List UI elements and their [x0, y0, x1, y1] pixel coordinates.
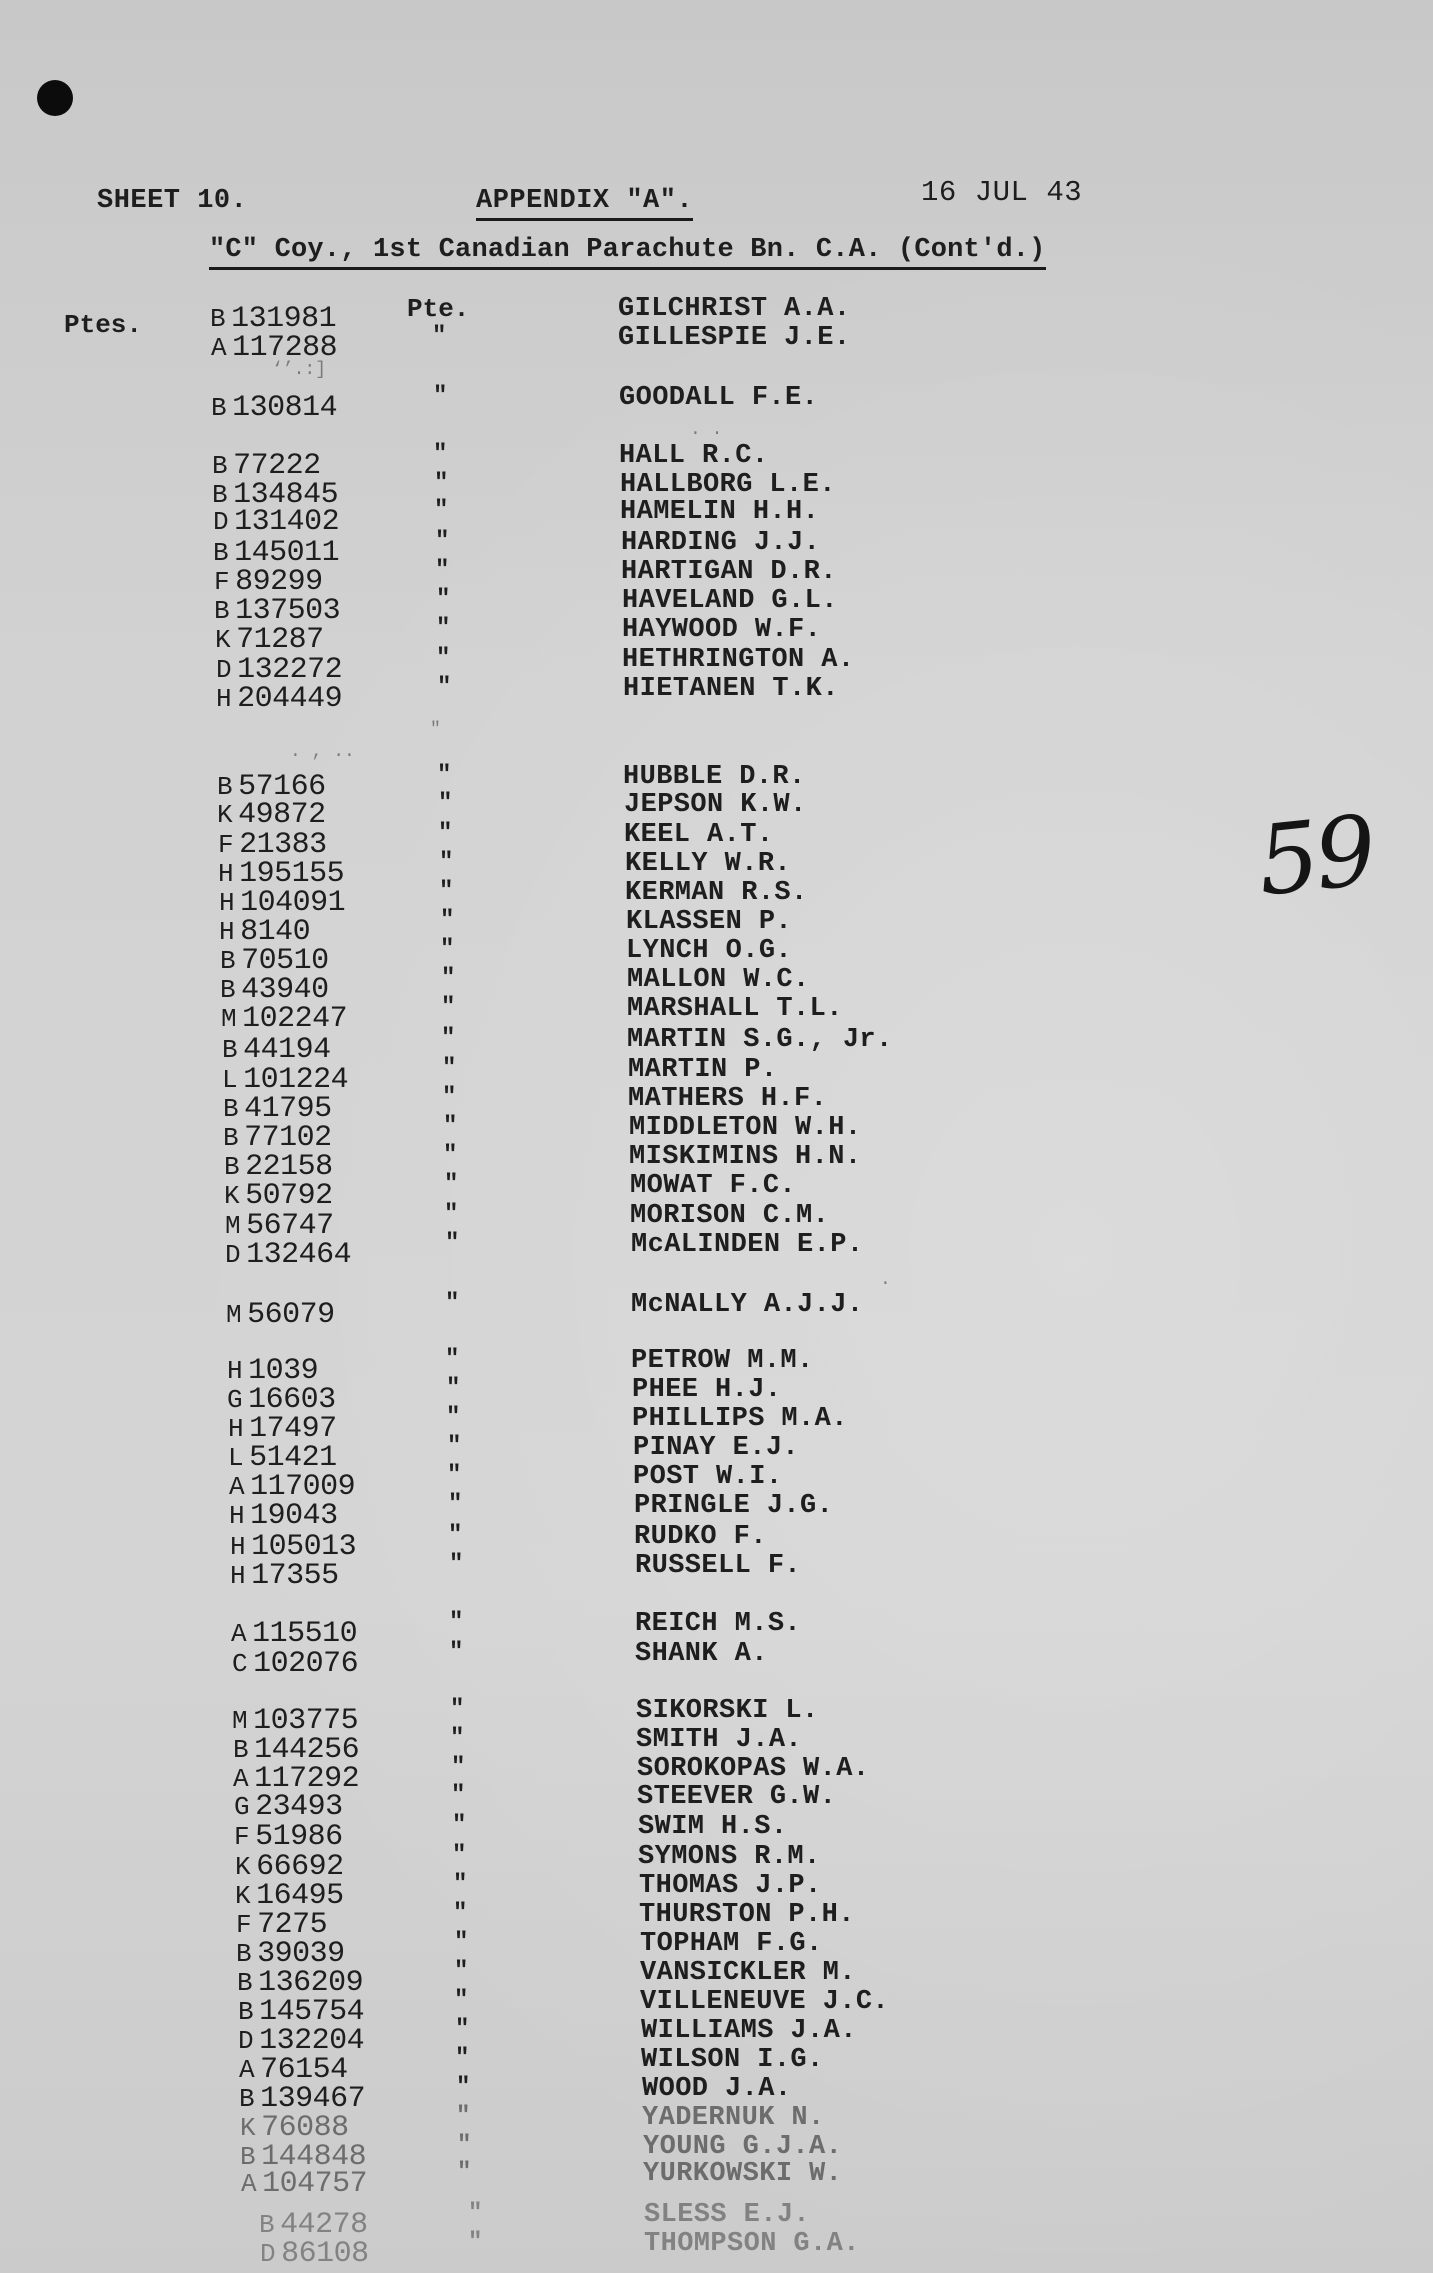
- personnel-name: VANSICKLER M.: [640, 1958, 856, 1988]
- service-number-prefix: H: [216, 684, 231, 714]
- ditto-mark: ": [456, 2074, 470, 2101]
- service-number: D86108: [260, 2237, 369, 2271]
- list-item: A104757"YURKOWSKI W.: [0, 2159, 1433, 2189]
- personnel-name: SLESS E.J.: [644, 2200, 810, 2230]
- personnel-name: MALLON W.C.: [627, 965, 810, 995]
- list-item: H195155"KELLY W.R.: [0, 849, 1433, 879]
- personnel-name: KLASSEN P.: [626, 907, 792, 937]
- service-number-prefix: A: [241, 2169, 256, 2199]
- personnel-name: McNALLY A.J.J.: [631, 1290, 863, 1320]
- personnel-name: HARTIGAN D.R.: [621, 557, 837, 587]
- ditto-mark: ": [457, 2159, 471, 2186]
- list-item: B44278"SLESS E.J.: [0, 2200, 1433, 2230]
- ditto-mark: ": [454, 1958, 468, 1985]
- list-item: B70510"LYNCH O.G.: [0, 936, 1433, 966]
- list-item: B144256"SMITH J.A.: [0, 1725, 1433, 1755]
- list-item: H1039"PETROW M.M.: [0, 1346, 1433, 1376]
- service-number-prefix: A: [211, 333, 226, 363]
- list-item: A76154"WILSON I.G.: [0, 2045, 1433, 2075]
- sheet-number: SHEET 10.: [97, 186, 247, 216]
- list-item: B130814"GOODALL F.E.: [0, 383, 1433, 413]
- list-item: M102247"MARSHALL T.L.: [0, 994, 1433, 1024]
- ditto-mark: ": [433, 441, 447, 468]
- personnel-name: SYMONS R.M.: [638, 1842, 821, 1872]
- list-item: M56079"McNALLY A.J.J.: [0, 1290, 1433, 1320]
- ditto-mark: ": [452, 1842, 466, 1869]
- ditto-mark: ": [435, 528, 449, 555]
- list-item: H17497"PHILLIPS M.A.: [0, 1404, 1433, 1434]
- list-item: K50792"MOWAT F.C.: [0, 1171, 1433, 1201]
- service-number-digits: 104757: [262, 2167, 367, 2201]
- list-item: B41795"MATHERS H.F.: [0, 1084, 1433, 1114]
- personnel-name: GILCHRIST A.A.: [618, 294, 850, 324]
- ditto-mark: ": [437, 674, 451, 701]
- personnel-name: THOMPSON G.A.: [644, 2229, 860, 2259]
- personnel-name: WOOD J.A.: [642, 2074, 791, 2104]
- personnel-name: WILSON I.G.: [641, 2045, 824, 2075]
- service-number: A117288: [211, 331, 337, 365]
- ditto-mark: ": [454, 1987, 468, 2014]
- service-number: C102076: [232, 1647, 358, 1681]
- personnel-name: YOUNG G.J.A.: [643, 2132, 842, 2162]
- personnel-name: STEEVER G.W.: [637, 1782, 836, 1812]
- ditto-mark: ": [450, 1696, 464, 1723]
- personnel-name: SHANK A.: [635, 1639, 768, 1669]
- personnel-name: LYNCH O.G.: [626, 936, 792, 966]
- ditto-mark: ": [445, 1230, 459, 1257]
- document-date: 16 JUL 43: [921, 176, 1082, 209]
- ditto-mark: ": [442, 1055, 456, 1082]
- unit-heading: "C" Coy., 1st Canadian Parachute Bn. C.A…: [209, 235, 1046, 270]
- punch-hole-mark: [37, 80, 73, 116]
- ditto-mark: ": [435, 557, 449, 584]
- list-item: B144848"YOUNG G.J.A.: [0, 2132, 1433, 2162]
- personnel-name: MORISON C.M.: [630, 1201, 829, 1231]
- ditto-mark: ": [448, 1522, 462, 1549]
- rank-label: Pte.: [407, 294, 469, 324]
- personnel-name: KELLY W.R.: [625, 849, 791, 879]
- personnel-name: PHEE H.J.: [632, 1375, 781, 1405]
- personnel-name: MARTIN S.G., Jr.: [627, 1025, 893, 1055]
- ditto-mark: ": [436, 615, 450, 642]
- personnel-name: MARSHALL T.L.: [627, 994, 843, 1024]
- personnel-name: MOWAT F.C.: [630, 1171, 796, 1201]
- list-item: K71287"HAYWOOD W.F.: [0, 615, 1433, 645]
- list-item: A115510"REICH M.S.: [0, 1609, 1433, 1639]
- ditto-mark: ": [449, 1551, 463, 1578]
- service-number-digits: 132464: [246, 1238, 351, 1272]
- personnel-name: THOMAS J.P.: [639, 1871, 822, 1901]
- ditto-mark: ": [449, 1639, 463, 1666]
- personnel-name: WILLIAMS J.A.: [641, 2016, 857, 2046]
- personnel-name: MIDDLETON W.H.: [629, 1113, 861, 1143]
- personnel-name: HAYWOOD W.F.: [622, 615, 821, 645]
- personnel-name: HAMELIN H.H.: [620, 497, 819, 527]
- personnel-name: TOPHAM F.G.: [640, 1929, 823, 1959]
- personnel-name: KEEL A.T.: [624, 820, 773, 850]
- list-item: K16495"THOMAS J.P.: [0, 1871, 1433, 1901]
- list-item: B134845"HALLBORG L.E.: [0, 470, 1433, 500]
- list-item: B145754"VILLENEUVE J.C.: [0, 1987, 1433, 2017]
- list-item: D131402"HAMELIN H.H.: [0, 497, 1433, 527]
- ditto-mark: ": [449, 1609, 463, 1636]
- list-item: H105013"RUDKO F.: [0, 1522, 1433, 1552]
- list-item: B139467"WOOD J.A.: [0, 2074, 1433, 2104]
- list-item: K49872"JEPSON K.W.: [0, 790, 1433, 820]
- list-item: A117288"GILLESPIE J.E.: [0, 323, 1433, 353]
- list-item: D132272"HETHRINGTON A.: [0, 645, 1433, 675]
- personnel-name: SMITH J.A.: [636, 1725, 802, 1755]
- list-item: B43940"MALLON W.C.: [0, 965, 1433, 995]
- personnel-name: RUDKO F.: [634, 1522, 767, 1552]
- list-item: D132204"WILLIAMS J.A.: [0, 2016, 1433, 2046]
- list-item: B77222"HALL R.C.: [0, 441, 1433, 471]
- ditto-mark: ": [440, 907, 454, 934]
- ditto-mark: ": [444, 1171, 458, 1198]
- personnel-name: GOODALL F.E.: [619, 383, 818, 413]
- list-item: B57166"HUBBLE D.R.: [0, 762, 1433, 792]
- personnel-name: VILLENEUVE J.C.: [640, 1987, 889, 2017]
- ditto-mark: ": [436, 586, 450, 613]
- list-item: F7275"THURSTON P.H.: [0, 1900, 1433, 1930]
- list-item: F51986"SWIM H.S.: [0, 1812, 1433, 1842]
- personnel-name: PHILLIPS M.A.: [632, 1404, 848, 1434]
- personnel-name: HAVELAND G.L.: [622, 586, 838, 616]
- personnel-name: HALL R.C.: [619, 441, 768, 471]
- service-number-digits: 56079: [247, 1298, 335, 1332]
- ditto-mark: ": [446, 1375, 460, 1402]
- personnel-name: KERMAN R.S.: [625, 878, 808, 908]
- list-item: B136209"VANSICKLER M.: [0, 1958, 1433, 1988]
- personnel-name: JEPSON K.W.: [624, 790, 807, 820]
- personnel-name: GILLESPIE J.E.: [618, 323, 850, 353]
- ditto-mark: ": [440, 936, 454, 963]
- ditto-mark: ": [446, 1404, 460, 1431]
- service-number: H17355: [230, 1559, 339, 1593]
- personnel-name: SIKORSKI L.: [636, 1696, 819, 1726]
- ditto-mark: ": [443, 1142, 457, 1169]
- service-number: D132464: [225, 1238, 351, 1272]
- ditto-mark: ": [448, 1491, 462, 1518]
- list-item: K76088"YADERNUK N.: [0, 2103, 1433, 2133]
- ditto-mark: ": [445, 1290, 459, 1317]
- list-item: B77102"MIDDLETON W.H.: [0, 1113, 1433, 1143]
- ditto-mark: ": [468, 2229, 482, 2256]
- personnel-name: SOROKOPAS W.A.: [637, 1754, 869, 1784]
- service-number-digits: 130814: [232, 391, 337, 425]
- ditto-mark: ": [434, 470, 448, 497]
- personnel-name: PRINGLE J.G.: [634, 1491, 833, 1521]
- ditto-mark: ": [453, 1871, 467, 1898]
- personnel-name: POST W.I.: [633, 1462, 782, 1492]
- list-item: D86108"THOMPSON G.A.: [0, 2229, 1433, 2259]
- personnel-name: RUSSELL F.: [635, 1551, 801, 1581]
- personnel-name: PINAY E.J.: [633, 1433, 799, 1463]
- ditto-mark: ": [451, 1754, 465, 1781]
- list-item: G23493"STEEVER G.W.: [0, 1782, 1433, 1812]
- list-item: B131981Pte.GILCHRIST A.A.: [0, 294, 1433, 324]
- personnel-name: MATHERS H.F.: [628, 1084, 827, 1114]
- list-item: A117292"SOROKOPAS W.A.: [0, 1754, 1433, 1784]
- ditto-mark: ": [441, 965, 455, 992]
- list-item: B22158"MISKIMINS H.N.: [0, 1142, 1433, 1172]
- list-item: H17355"RUSSELL F.: [0, 1551, 1433, 1581]
- personnel-name: REICH M.S.: [635, 1609, 801, 1639]
- personnel-name: HUBBLE D.R.: [623, 762, 806, 792]
- list-item: F21383"KEEL A.T.: [0, 820, 1433, 850]
- personnel-name: MARTIN P.: [628, 1055, 777, 1085]
- service-number-digits: 86108: [281, 2237, 369, 2271]
- ditto-mark: ": [434, 497, 448, 524]
- service-number-prefix: B: [211, 393, 226, 423]
- ditto-mark: ": [437, 762, 451, 789]
- ditto-mark: ": [442, 1084, 456, 1111]
- service-number-digits: 117288: [232, 331, 337, 365]
- service-number-prefix: H: [230, 1561, 245, 1591]
- list-item: B44194"MARTIN S.G., Jr.: [0, 1025, 1433, 1055]
- personnel-name: McALINDEN E.P.: [631, 1230, 863, 1260]
- ditto-mark: ": [447, 1433, 461, 1460]
- ditto-mark: ": [451, 1782, 465, 1809]
- ditto-mark: ": [433, 383, 447, 410]
- service-number-prefix: C: [232, 1649, 247, 1679]
- ditto-mark: ": [436, 645, 450, 672]
- ditto-mark: ": [439, 849, 453, 876]
- list-item: H204449"HIETANEN T.K.: [0, 674, 1433, 704]
- ditto-mark: ": [457, 2132, 471, 2159]
- personnel-name: THURSTON P.H.: [639, 1900, 855, 1930]
- personnel-name: PETROW M.M.: [631, 1346, 814, 1376]
- list-item: L101224"MARTIN P.: [0, 1055, 1433, 1085]
- ditto-mark: ": [432, 323, 446, 350]
- ditto-mark: ": [454, 1929, 468, 1956]
- list-item: M103775"SIKORSKI L.: [0, 1696, 1433, 1726]
- service-number: B130814: [211, 391, 337, 425]
- ditto-mark: ": [441, 994, 455, 1021]
- ditto-mark: ": [443, 1113, 457, 1140]
- list-item: B145011"HARDING J.J.: [0, 528, 1433, 558]
- list-item: L51421"PINAY E.J.: [0, 1433, 1433, 1463]
- personnel-name: HARDING J.J.: [621, 528, 820, 558]
- ditto-mark: ": [453, 1900, 467, 1927]
- ditto-mark: ": [450, 1725, 464, 1752]
- personnel-name: YADERNUK N.: [642, 2103, 825, 2133]
- ditto-mark: ": [456, 2103, 470, 2130]
- service-number-prefix: M: [226, 1300, 241, 1330]
- list-item: K66692"SYMONS R.M.: [0, 1842, 1433, 1872]
- list-item: F89299"HARTIGAN D.R.: [0, 557, 1433, 587]
- personnel-name: MISKIMINS H.N.: [629, 1142, 861, 1172]
- ditto-mark: ": [441, 1025, 455, 1052]
- ditto-mark: ": [455, 2045, 469, 2072]
- ditto-mark: ": [439, 878, 453, 905]
- ditto-mark: ": [468, 2200, 482, 2227]
- personnel-name: HALLBORG L.E.: [620, 470, 836, 500]
- service-number: M56079: [226, 1298, 335, 1332]
- personnel-name: HIETANEN T.K.: [623, 674, 839, 704]
- document-page: SHEET 10. APPENDIX "A". 16 JUL 43 "C" Co…: [0, 0, 1433, 2273]
- list-item: H104091"KERMAN R.S.: [0, 878, 1433, 908]
- list-item: D132464"McALINDEN E.P.: [0, 1230, 1433, 1260]
- ditto-mark: ": [438, 790, 452, 817]
- appendix-title: APPENDIX "A".: [476, 186, 693, 221]
- service-number-digits: 102076: [253, 1647, 358, 1681]
- list-item: G16603"PHEE H.J.: [0, 1375, 1433, 1405]
- ditto-mark: ": [445, 1346, 459, 1373]
- ditto-mark: ": [447, 1462, 461, 1489]
- list-item: M56747"MORISON C.M.: [0, 1201, 1433, 1231]
- personnel-name: SWIM H.S.: [638, 1812, 787, 1842]
- ditto-mark: ": [455, 2016, 469, 2043]
- personnel-name: HETHRINGTON A.: [622, 645, 854, 675]
- list-item: B39039"TOPHAM F.G.: [0, 1929, 1433, 1959]
- service-number-digits: 17355: [251, 1559, 339, 1593]
- service-number-prefix: D: [225, 1240, 240, 1270]
- personnel-name: YURKOWSKI W.: [643, 2159, 842, 2189]
- service-number-digits: 204449: [237, 682, 342, 716]
- list-item: B137503"HAVELAND G.L.: [0, 586, 1433, 616]
- list-item: A117009"POST W.I.: [0, 1462, 1433, 1492]
- ditto-mark: ": [452, 1812, 466, 1839]
- list-item: H19043"PRINGLE J.G.: [0, 1491, 1433, 1521]
- service-number: H204449: [216, 682, 342, 716]
- ditto-mark: ": [438, 820, 452, 847]
- list-item: H8140"KLASSEN P.: [0, 907, 1433, 937]
- service-number-prefix: D: [260, 2239, 275, 2269]
- ditto-mark: ": [444, 1201, 458, 1228]
- service-number: A104757: [241, 2167, 367, 2201]
- list-item: C102076"SHANK A.: [0, 1639, 1433, 1669]
